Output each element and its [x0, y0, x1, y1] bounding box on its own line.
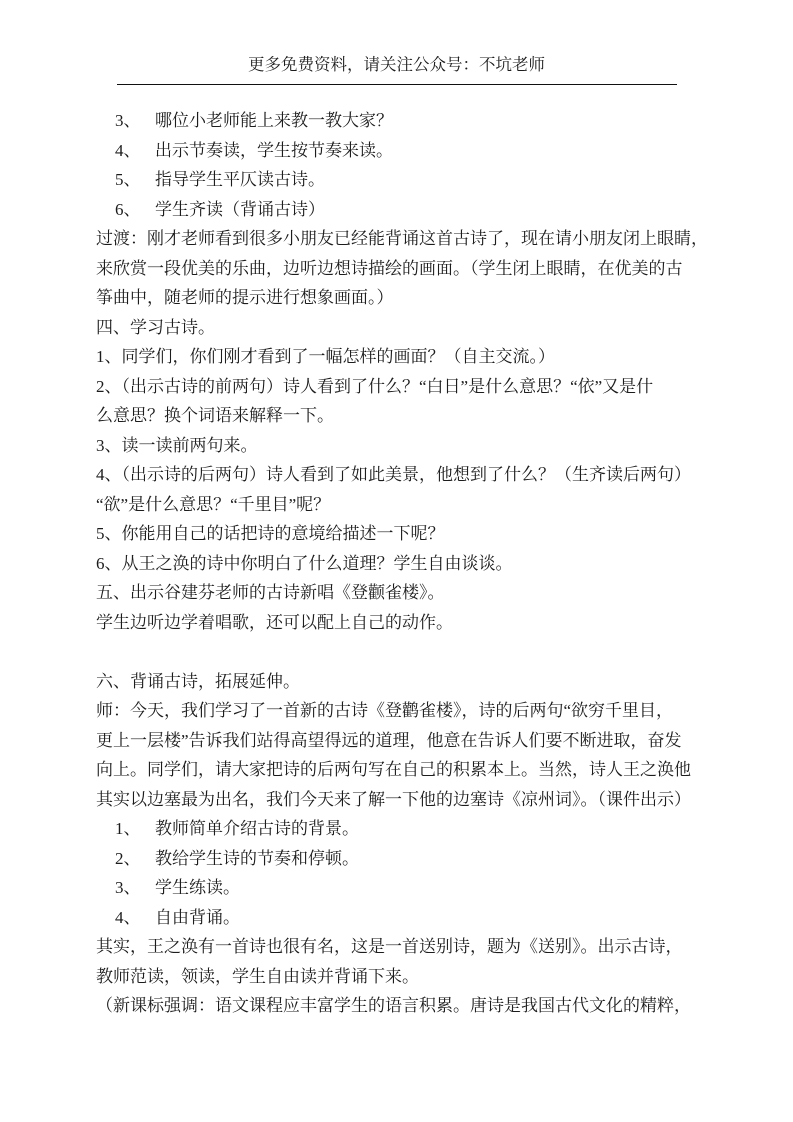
- document-line: 其实以边塞最为出名，我们今天来了解一下他的边塞诗《凉州词》。（课件出示）: [96, 785, 682, 815]
- document-line: 3、学生练读。: [96, 873, 682, 903]
- document-line: 5、指导学生平仄读古诗。: [96, 165, 682, 195]
- list-item-text: 哪位小老师能上来教一教大家？: [155, 111, 393, 130]
- document-line: 4、出示节奏读，学生按节奏来读。: [96, 136, 682, 166]
- document-line: 3、读一读前两句来。: [96, 431, 682, 461]
- document-line: （新课标强调：语文课程应丰富学生的语言积累。唐诗是我国古代文化的精粹，: [96, 991, 682, 1021]
- document-line: 1、同学们，你们刚才看到了一幅怎样的画面？（自主交流。）: [96, 342, 682, 372]
- document-line: 5、你能用自己的话把诗的意境给描述一下呢？: [96, 519, 682, 549]
- list-item-number: 4、: [115, 136, 155, 166]
- list-item-text: 教给学生诗的节奏和停顿。: [155, 849, 359, 868]
- list-item-number: 1、: [115, 814, 155, 844]
- document-line: 筝曲中，随老师的提示进行想象画面。）: [96, 283, 682, 313]
- document-line: 学生边听边学着唱歌，还可以配上自己的动作。: [96, 608, 682, 638]
- document-line: 过渡：刚才老师看到很多小朋友已经能背诵这首古诗了，现在请小朋友闭上眼睛，: [96, 224, 682, 254]
- document-line: 6、学生齐读（背诵古诗）: [96, 195, 682, 225]
- list-item-number: 5、: [115, 165, 155, 195]
- document-line: 师：今天，我们学习了一首新的古诗《登鹳雀楼》，诗的后两句“欲穷千里目，: [96, 696, 682, 726]
- document-line: 4、自由背诵。: [96, 903, 682, 933]
- document-line: 6、从王之涣的诗中你明白了什么道理？学生自由谈谈。: [96, 549, 682, 579]
- list-item-text: 学生齐读（背诵古诗）: [155, 200, 325, 219]
- list-item-text: 学生练读。: [155, 878, 240, 897]
- list-item-number: 6、: [115, 195, 155, 225]
- document-page: 更多免费资料，请关注公众号：不坑老师 3、哪位小老师能上来教一教大家？4、出示节…: [0, 0, 793, 1122]
- document-line: 其实，王之涣有一首诗也很有名，这是一首送别诗，题为《送别》。出示古诗，: [96, 932, 682, 962]
- list-item-number: 3、: [115, 106, 155, 136]
- document-line: 2、教给学生诗的节奏和停顿。: [96, 844, 682, 874]
- document-line: 么意思？换个词语来解释一下。: [96, 401, 682, 431]
- list-item-text: 教师简单介绍古诗的背景。: [155, 819, 359, 838]
- document-line: 3、哪位小老师能上来教一教大家？: [96, 106, 682, 136]
- list-item-number: 4、: [115, 903, 155, 933]
- document-line: “欲”是什么意思？“千里目”呢？: [96, 490, 682, 520]
- list-item-text: 指导学生平仄读古诗。: [155, 170, 325, 189]
- document-line: 来欣赏一段优美的乐曲，边听边想诗描绘的画面。（学生闭上眼睛，在优美的古: [96, 254, 682, 284]
- list-item-text: 自由背诵。: [155, 908, 240, 927]
- list-item-text: 出示节奏读，学生按节奏来读。: [155, 141, 393, 160]
- list-item-number: 2、: [115, 844, 155, 874]
- document-line: 教师范读，领读，学生自由读并背诵下来。: [96, 962, 682, 992]
- header-divider: [117, 84, 677, 85]
- document-line: 1、教师简单介绍古诗的背景。: [96, 814, 682, 844]
- document-line: 六、背诵古诗，拓展延伸。: [96, 667, 682, 697]
- page-header-text: 更多免费资料，请关注公众号：不坑老师: [0, 53, 793, 77]
- list-item-number: 3、: [115, 873, 155, 903]
- document-line: 五、出示谷建芬老师的古诗新唱《登颧雀楼》。: [96, 578, 682, 608]
- document-line: 2、（出示古诗的前两句）诗人看到了什么？“白日”是什么意思？“依”又是什: [96, 372, 682, 402]
- blank-line: [96, 637, 682, 667]
- document-line: 4、（出示诗的后两句）诗人看到了如此美景，他想到了什么？（生齐读后两句）: [96, 460, 682, 490]
- document-line: 向上。同学们，请大家把诗的后两句写在自己的积累本上。当然，诗人王之涣他: [96, 755, 682, 785]
- document-body: 3、哪位小老师能上来教一教大家？4、出示节奏读，学生按节奏来读。5、指导学生平仄…: [96, 106, 682, 1021]
- document-line: 更上一层楼”告诉我们站得高望得远的道理，他意在告诉人们要不断进取，奋发: [96, 726, 682, 756]
- document-line: 四、学习古诗。: [96, 313, 682, 343]
